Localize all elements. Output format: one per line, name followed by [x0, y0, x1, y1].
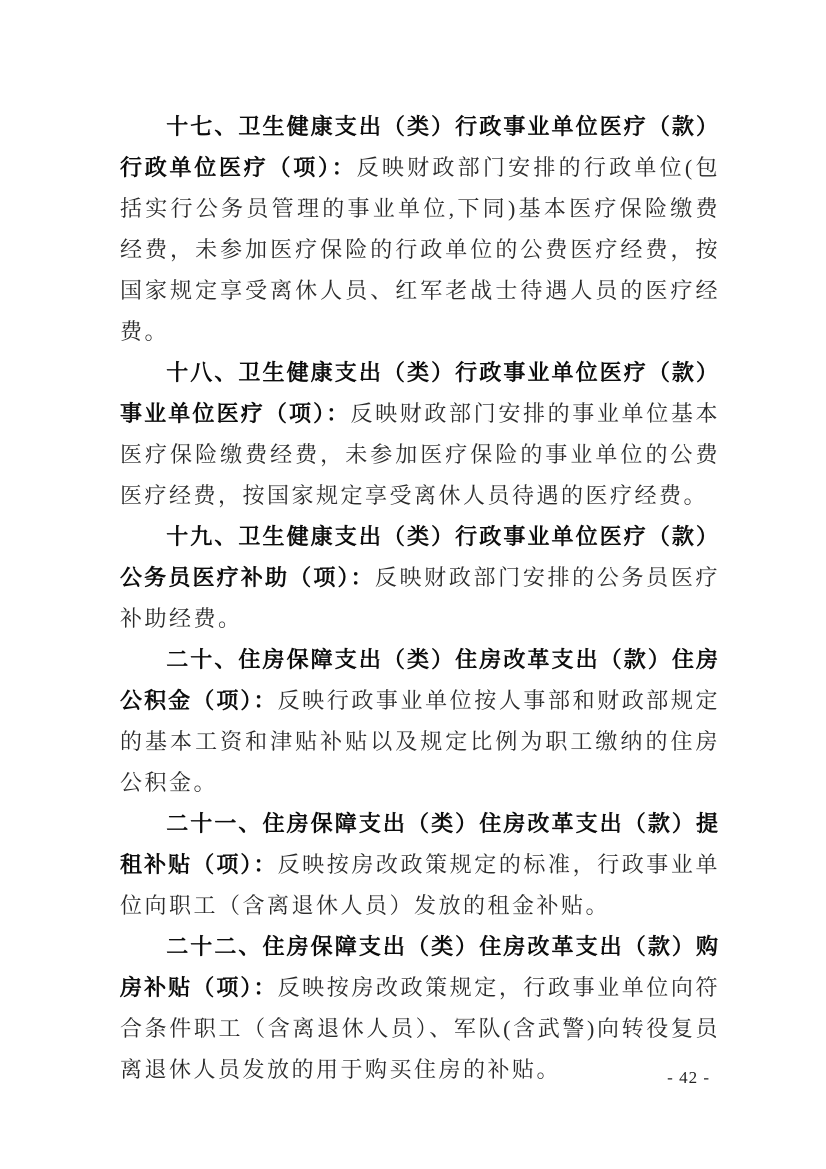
definition-paragraph: 二十一、住房保障支出（类）住房改革支出（款）提租补贴（项）：反映按房改政策规定的… — [120, 803, 720, 926]
definition-paragraph: 十七、卫生健康支出（类）行政事业单位医疗（款）行政单位医疗（项）：反映财政部门安… — [120, 106, 720, 352]
definition-paragraph: 二十二、住房保障支出（类）住房改革支出（款）购房补贴（项）：反映按房改政策规定，… — [120, 926, 720, 1090]
document-body: 十七、卫生健康支出（类）行政事业单位医疗（款）行政单位医疗（项）：反映财政部门安… — [120, 106, 720, 1090]
definition-paragraph: 二十、住房保障支出（类）住房改革支出（款）住房公积金（项）：反映行政事业单位按人… — [120, 639, 720, 803]
definition-paragraph: 十八、卫生健康支出（类）行政事业单位医疗（款）事业单位医疗（项）：反映财政部门安… — [120, 352, 720, 516]
page-number: - 42 - — [0, 1068, 826, 1088]
clause-body: 反映财政部门安排的行政单位(包括实行公务员管理的事业单位,下同)基本医疗保险缴费… — [120, 155, 720, 344]
document-page: 十七、卫生健康支出（类）行政事业单位医疗（款）行政单位医疗（项）：反映财政部门安… — [0, 0, 826, 1169]
definition-paragraph: 十九、卫生健康支出（类）行政事业单位医疗（款）公务员医疗补助（项）：反映财政部门… — [120, 516, 720, 639]
